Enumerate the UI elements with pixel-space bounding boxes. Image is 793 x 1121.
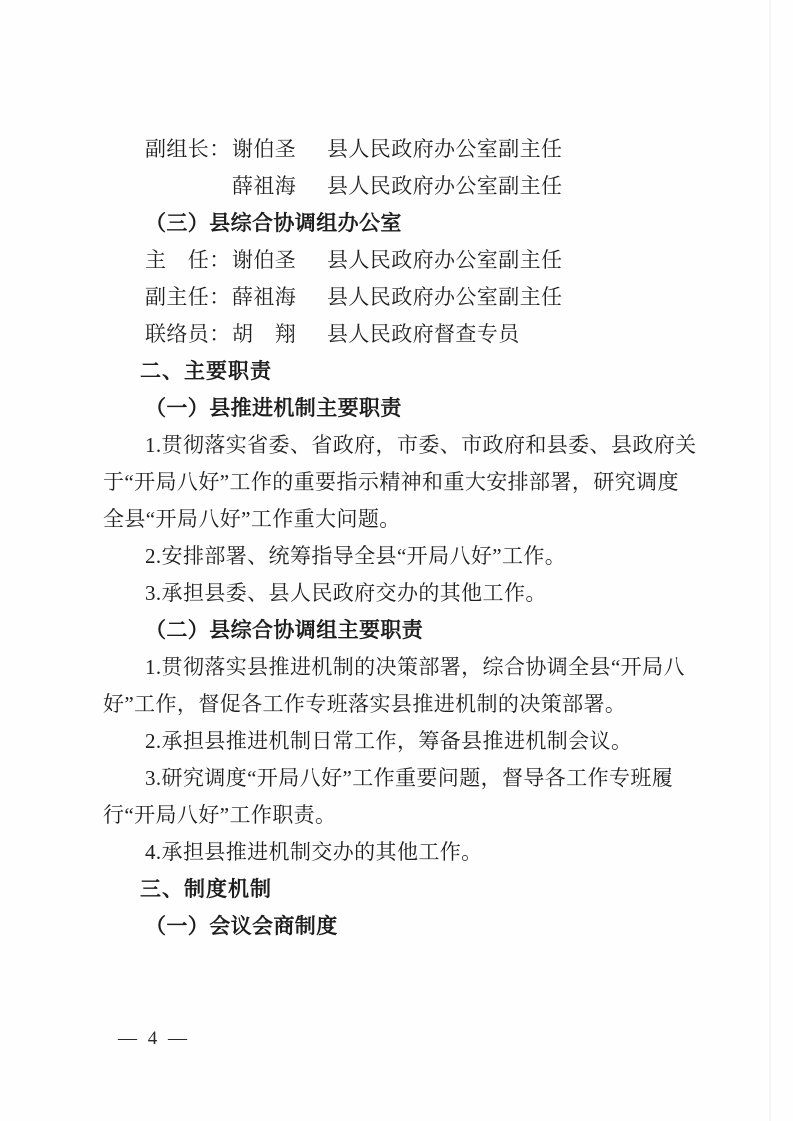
roster-line: 副主任：薛祖海县人民政府办公室副主任 [0, 279, 793, 316]
roster-person-name: 谢伯圣 [232, 242, 327, 279]
roster-line: 副组长：谢伯圣县人民政府办公室副主任 [0, 131, 793, 168]
roster-person-name: 薛祖海 [232, 168, 327, 205]
roster-person-title: 县人民政府督查专员 [327, 322, 520, 346]
document-page: 副组长：谢伯圣县人民政府办公室副主任薛祖海县人民政府办公室副主任（三）县综合协调… [0, 0, 793, 1121]
paragraph-line-first: 3.承担县委、县人民政府交办的其他工作。 [0, 575, 793, 612]
paragraph-line-first: 1.贯彻落实省委、省政府，市委、市政府和县委、县政府关 [0, 427, 793, 464]
sub-section-heading: （三）县综合协调组办公室 [0, 205, 793, 242]
paragraph-line-continued: 行“开局八好”工作职责。 [0, 797, 793, 834]
paragraph-line-first: 3.研究调度“开局八好”工作重要问题，督导各工作专班履 [0, 760, 793, 797]
roster-person-title: 县人民政府办公室副主任 [327, 174, 562, 198]
paragraph-line-continued: 全县“开局八好”工作重大问题。 [0, 501, 793, 538]
section-heading: 三、制度机制 [0, 871, 793, 908]
roster-line: 薛祖海县人民政府办公室副主任 [0, 168, 793, 205]
roster-role-label: 副主任： [145, 279, 232, 316]
roster-role-label: 联络员： [145, 316, 232, 353]
sub-section-heading: （二）县综合协调组主要职责 [0, 612, 793, 649]
paragraph-line-first: 2.承担县推进机制日常工作，筹备县推进机制会议。 [0, 723, 793, 760]
sub-section-heading: （一）会议会商制度 [0, 908, 793, 945]
section-heading: 二、主要职责 [0, 353, 793, 390]
paragraph-line-continued: 于“开局八好”工作的重要指示精神和重大安排部署，研究调度 [0, 464, 793, 501]
roster-line: 联络员：胡 翔县人民政府督查专员 [0, 316, 793, 353]
document-lines: 副组长：谢伯圣县人民政府办公室副主任薛祖海县人民政府办公室副主任（三）县综合协调… [0, 131, 793, 945]
paragraph-line-first: 4.承担县推进机制交办的其他工作。 [0, 834, 793, 871]
paragraph-line-continued: 好”工作，督促各工作专班落实县推进机制的决策部署。 [0, 686, 793, 723]
page-number: — 4 — [118, 1028, 190, 1050]
roster-person-name: 薛祖海 [232, 279, 327, 316]
paragraph-line-first: 1.贯彻落实县推进机制的决策部署，综合协调全县“开局八 [0, 649, 793, 686]
roster-person-name: 谢伯圣 [232, 131, 327, 168]
roster-line: 主 任：谢伯圣县人民政府办公室副主任 [0, 242, 793, 279]
roster-person-name: 胡 翔 [232, 316, 327, 353]
roster-person-title: 县人民政府办公室副主任 [327, 137, 562, 161]
paragraph-line-first: 2.安排部署、统筹指导全县“开局八好”工作。 [0, 538, 793, 575]
roster-person-title: 县人民政府办公室副主任 [327, 285, 562, 309]
sub-section-heading: （一）县推进机制主要职责 [0, 390, 793, 427]
roster-role-label: 主 任： [145, 242, 232, 279]
roster-role-label: 副组长： [145, 131, 232, 168]
roster-person-title: 县人民政府办公室副主任 [327, 248, 562, 272]
